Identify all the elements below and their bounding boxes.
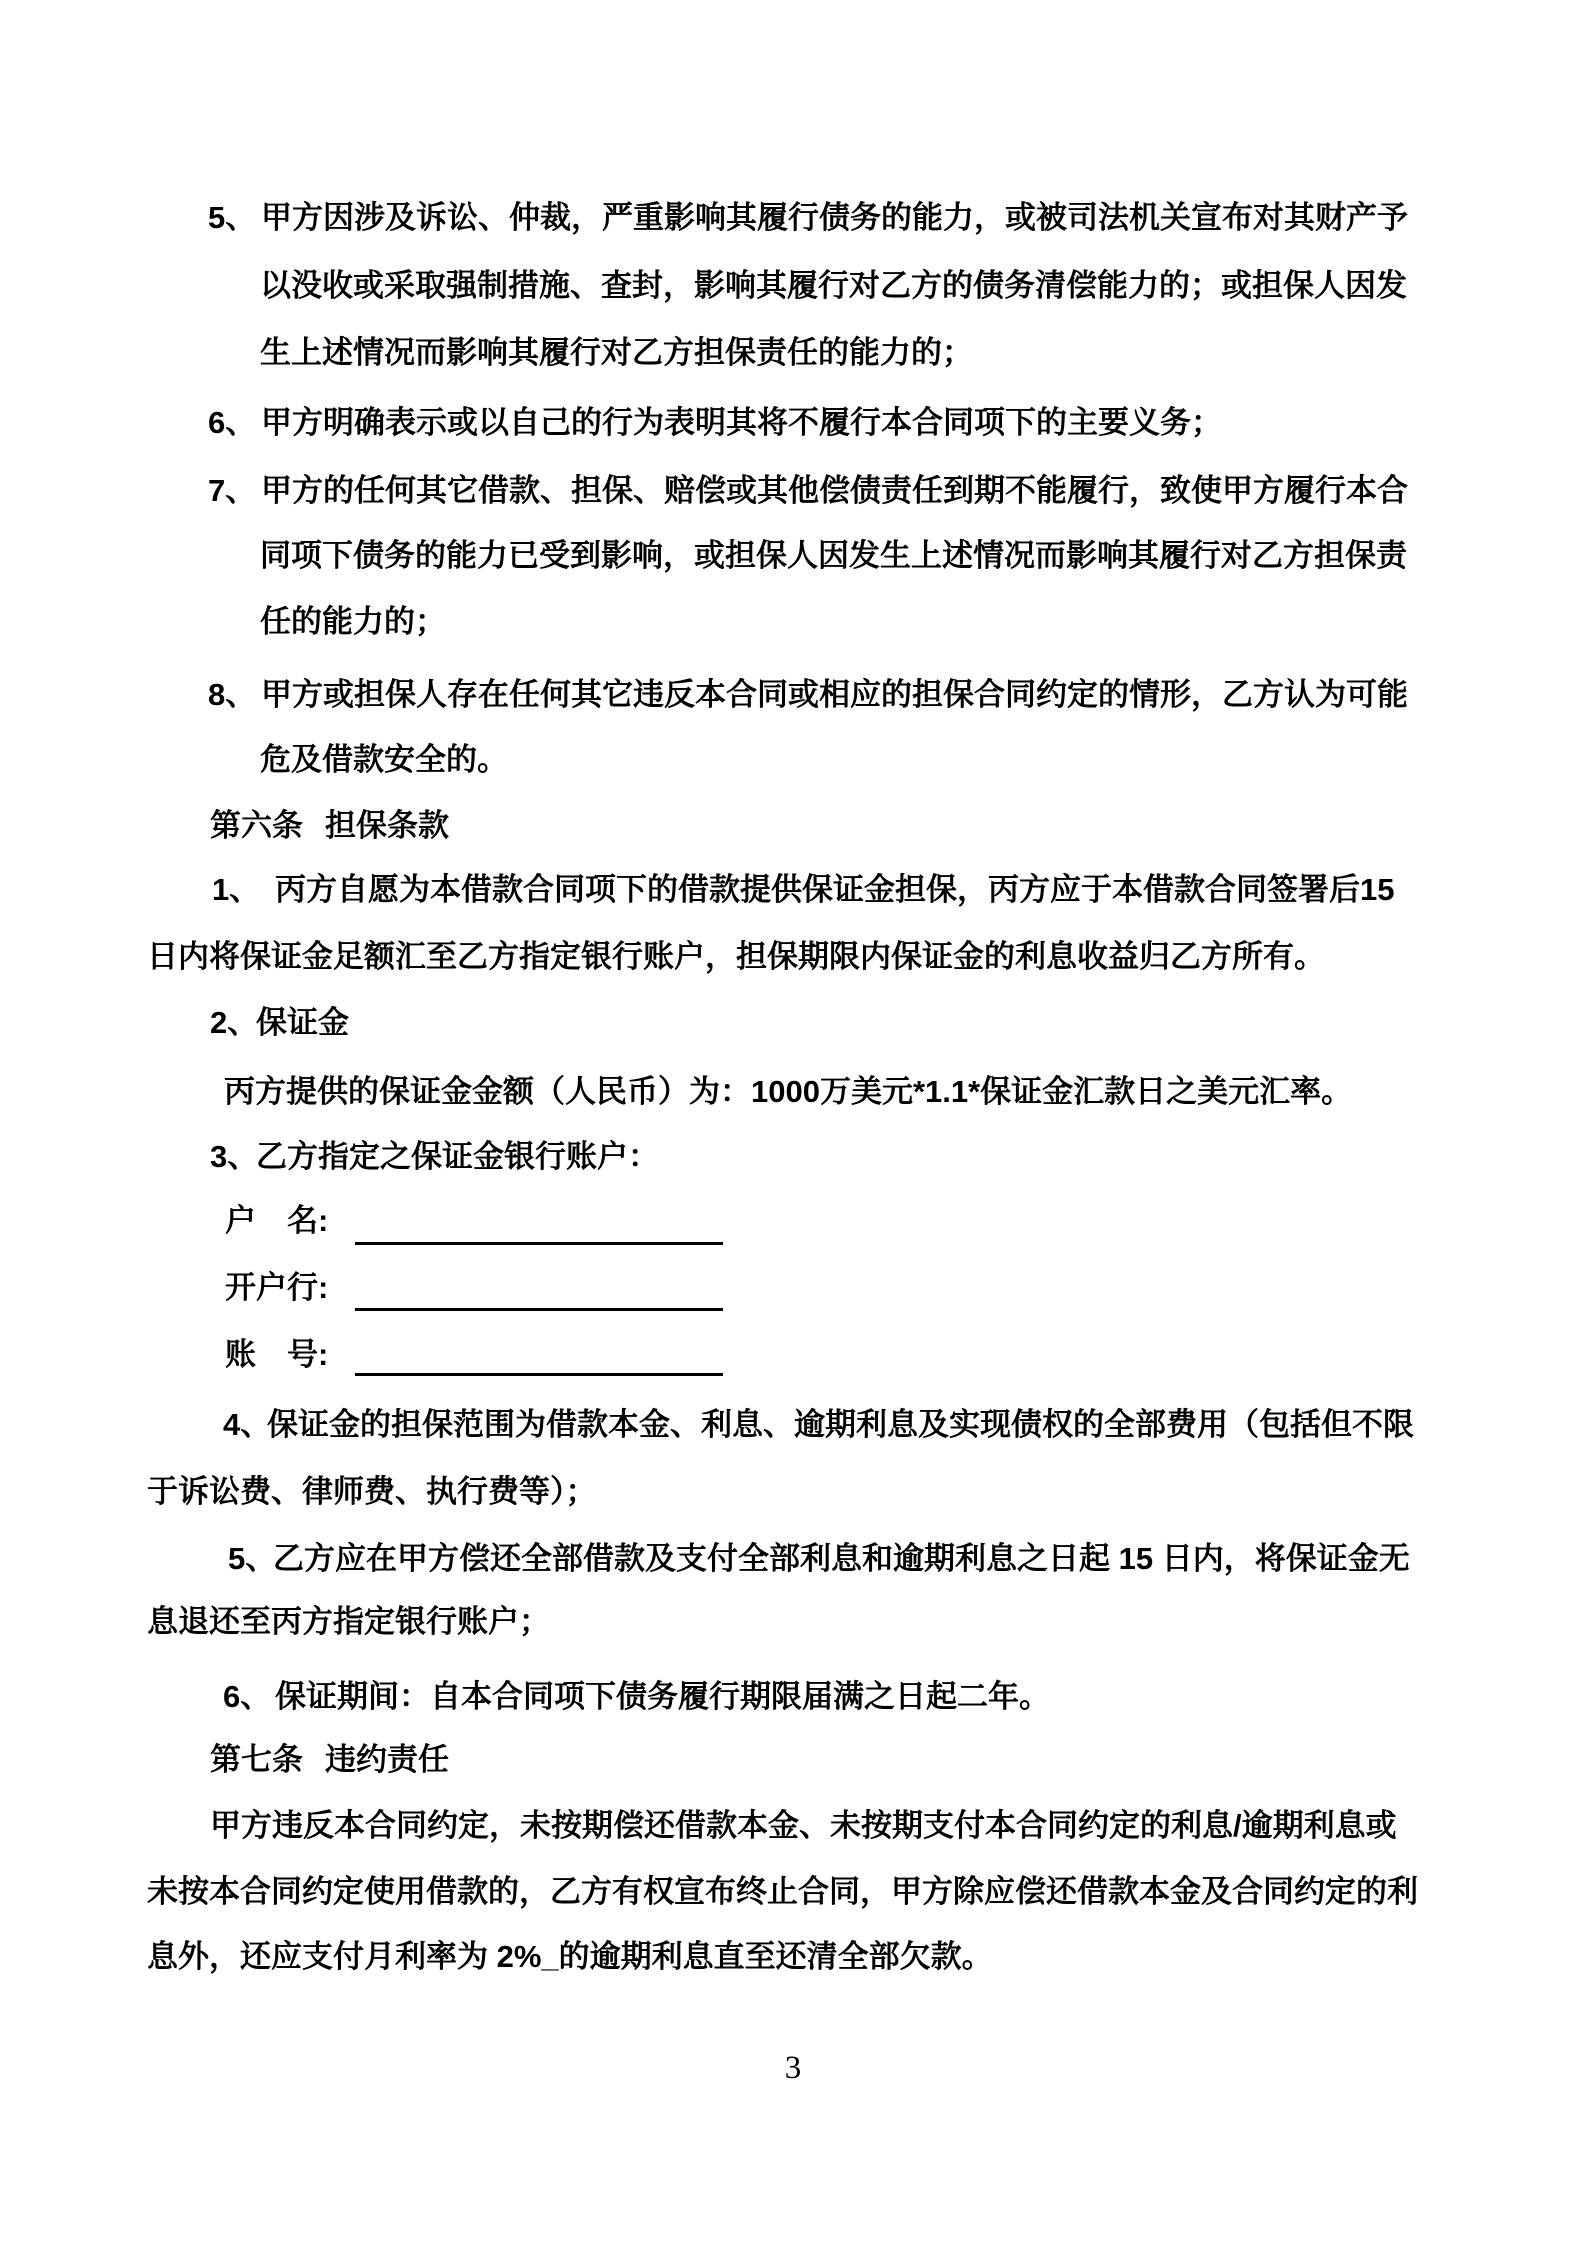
breach-para-line3: 息外，还应支付月利率为 2%_的逾期利息直至还清全部欠款。 bbox=[147, 1937, 993, 1977]
guarantee-item6-number: 6、 bbox=[223, 1677, 275, 1717]
guarantee-item4-line2: 于诉讼费、律师费、执行费等）； bbox=[147, 1472, 597, 1512]
clause7-line1: 7、甲方的任何其它借款、担保、赔偿或其他偿债责任到期不能履行，致使甲方履行本合 bbox=[261, 471, 1408, 511]
page-number: 3 bbox=[0, 2048, 1586, 2088]
guarantee-item1-line1: 1、丙方自愿为本借款合同项下的借款提供保证金担保，丙方应于本借款合同签署后15 bbox=[212, 870, 1394, 910]
guarantee-item5-number: 5、 bbox=[228, 1539, 273, 1579]
guarantee-item1-number: 1、 bbox=[212, 870, 275, 910]
guarantee-item1-text1: 丙方自愿为本借款合同项下的借款提供保证金担保，丙方应于本借款合同签署后15 bbox=[275, 872, 1394, 907]
deposit-amount-line: 丙方提供的保证金金额（人民币）为：1000万美元*1.1*保证金汇款日之美元汇率… bbox=[224, 1072, 1352, 1112]
clause7-number: 7、 bbox=[208, 471, 256, 511]
clause6-text1: 甲方明确表示或以自己的行为表明其将不履行本合同项下的主要义务； bbox=[261, 405, 1222, 440]
guarantee-item2-number: 2、 bbox=[210, 1003, 256, 1043]
article6-heading: 第六条担保条款 bbox=[210, 806, 449, 846]
guarantee-item3: 3、乙方指定之保证金银行账户： bbox=[210, 1137, 659, 1177]
breach-para-line2: 未按本合同约定使用借款的，乙方有权宣布终止合同，甲方除应偿还借款本金及合同约定的… bbox=[147, 1872, 1418, 1912]
field-label-bank-branch: 开户行: bbox=[225, 1268, 328, 1308]
field-label-account-name: 户 名: bbox=[225, 1201, 328, 1241]
clause5-line1: 5、甲方因涉及诉讼、仲裁，严重影响其履行债务的能力，或被司法机关宣布对其财产予 bbox=[261, 198, 1408, 238]
guarantee-item5-line1: 5、乙方应在甲方偿还全部借款及支付全部利息和逾期利息之日起 15 日内，将保证金… bbox=[228, 1539, 1410, 1579]
guarantee-item3-text: 乙方指定之保证金银行账户： bbox=[256, 1139, 659, 1174]
article7-heading-number: 第七条 bbox=[210, 1740, 303, 1780]
clause7-text1: 甲方的任何其它借款、担保、赔偿或其他偿债责任到期不能履行，致使甲方履行本合 bbox=[261, 473, 1408, 508]
clause8-text1: 甲方或担保人存在任何其它违反本合同或相应的担保合同约定的情形，乙方认为可能 bbox=[261, 677, 1408, 712]
clause7-line3: 任的能力的； bbox=[260, 602, 446, 642]
breach-para-line1: 甲方违反本合同约定，未按期偿还借款本金、未按期支付本合同约定的利息/逾期利息或 bbox=[210, 1806, 1397, 1846]
bank-branch-blank-line[interactable] bbox=[355, 1268, 723, 1311]
guarantee-item1-line2: 日内将保证金足额汇至乙方指定银行账户，担保期限内保证金的利息收益归乙方所有。 bbox=[147, 937, 1325, 977]
guarantee-item6-text: 保证期间：自本合同项下债务履行期限届满之日起二年。 bbox=[275, 1679, 1050, 1714]
guarantee-item4-line1: 4、保证金的担保范围为借款本金、利息、逾期利息及实现债权的全部费用（包括但不限 bbox=[223, 1405, 1414, 1445]
article7-heading-title: 违约责任 bbox=[325, 1740, 449, 1780]
clause7-line2: 同项下债务的能力已受到影响，或担保人因发生上述情况而影响其履行对乙方担保责 bbox=[260, 536, 1407, 576]
guarantee-item3-number: 3、 bbox=[210, 1137, 256, 1177]
clause5-text1: 甲方因涉及诉讼、仲裁，严重影响其履行债务的能力，或被司法机关宣布对其财产予 bbox=[261, 200, 1408, 235]
guarantee-item6: 6、保证期间：自本合同项下债务履行期限届满之日起二年。 bbox=[223, 1677, 1050, 1717]
article6-heading-number: 第六条 bbox=[210, 806, 303, 846]
account-name-blank-line[interactable] bbox=[355, 1202, 723, 1245]
clause6-line1: 6、甲方明确表示或以自己的行为表明其将不履行本合同项下的主要义务； bbox=[261, 403, 1222, 443]
clause6-number: 6、 bbox=[208, 403, 256, 443]
clause8-line1: 8、甲方或担保人存在任何其它违反本合同或相应的担保合同约定的情形，乙方认为可能 bbox=[261, 675, 1408, 715]
clause5-line3: 生上述情况而影响其履行对乙方担保责任的能力的； bbox=[260, 333, 973, 373]
guarantee-item4-text1: 保证金的担保范围为借款本金、利息、逾期利息及实现债权的全部费用（包括但不限 bbox=[267, 1407, 1414, 1442]
clause8-line2: 危及借款安全的。 bbox=[260, 740, 508, 780]
article6-heading-title: 担保条款 bbox=[325, 806, 449, 846]
account-number-blank-line[interactable] bbox=[355, 1333, 723, 1376]
clause8-number: 8、 bbox=[208, 675, 256, 715]
guarantee-item5-text1: 乙方应在甲方偿还全部借款及支付全部利息和逾期利息之日起 15 日内，将保证金无 bbox=[273, 1541, 1410, 1576]
field-label-account-number: 账 号: bbox=[225, 1335, 328, 1375]
guarantee-item2: 2、保证金 bbox=[210, 1003, 349, 1043]
guarantee-item4-number: 4、 bbox=[223, 1405, 267, 1445]
guarantee-item2-text: 保证金 bbox=[256, 1005, 349, 1040]
contract-page: 5、甲方因涉及诉讼、仲裁，严重影响其履行债务的能力，或被司法机关宣布对其财产予 … bbox=[0, 0, 1586, 2244]
article7-heading: 第七条违约责任 bbox=[210, 1740, 449, 1780]
clause5-line2: 以没收或采取强制措施、查封，影响其履行对乙方的债务清偿能力的；或担保人因发 bbox=[260, 266, 1407, 306]
clause5-number: 5、 bbox=[208, 198, 256, 238]
guarantee-item5-line2: 息退还至丙方指定银行账户； bbox=[147, 1602, 550, 1642]
